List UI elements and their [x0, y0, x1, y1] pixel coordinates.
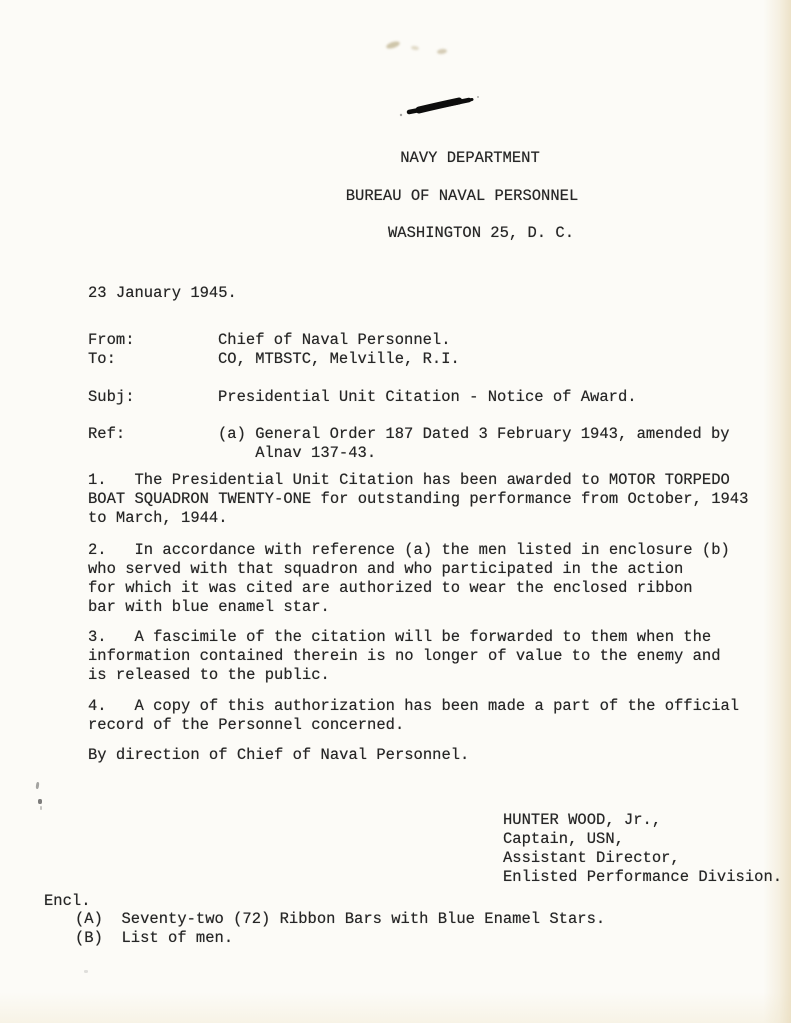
ink-speck-artifact: [84, 970, 88, 973]
paragraph-2: 2. In accordance with reference (a) the …: [88, 541, 730, 617]
to-label: To:: [88, 350, 218, 369]
paragraph-1: 1. The Presidential Unit Citation has be…: [88, 471, 748, 528]
letterhead-city: WASHINGTON 25, D. C.: [388, 224, 574, 243]
enclosure-list: (A) Seventy-two (72) Ribbon Bars with Bl…: [75, 910, 605, 948]
date-line: 23 January 1945.: [88, 284, 237, 303]
subject-value: Presidential Unit Citation - Notice of A…: [218, 388, 637, 407]
enclosure-label: Encl.: [44, 892, 91, 911]
from-label: From:: [88, 331, 218, 350]
ink-speck-artifact: [38, 799, 42, 804]
signature-division: Enlisted Performance Division.: [503, 868, 782, 887]
pencil-smudge-artifact: [411, 45, 420, 50]
paragraph-3: 3. A fascimile of the citation will be f…: [88, 628, 721, 685]
closing-line: By direction of Chief of Naval Personnel…: [88, 746, 469, 765]
signature-block: HUNTER WOOD, Jr., Captain, USN, Assistan…: [503, 811, 782, 887]
signature-name: HUNTER WOOD, Jr.,: [503, 811, 782, 830]
subject-row: Subj: Presidential Unit Citation - Notic…: [88, 388, 637, 407]
reference-label: Ref:: [88, 425, 218, 463]
scanned-letter-page: NAVY DEPARTMENT BUREAU OF NAVAL PERSONNE…: [0, 0, 791, 1023]
pencil-smudge-artifact: [385, 40, 400, 50]
signature-rank: Captain, USN,: [503, 830, 782, 849]
reference-row: Ref: (a) General Order 187 Dated 3 Febru…: [88, 425, 730, 463]
signature-title: Assistant Director,: [503, 849, 782, 868]
letterhead-department: NAVY DEPARTMENT: [400, 149, 540, 168]
paragraph-4: 4. A copy of this authorization has been…: [88, 697, 739, 735]
pencil-smudge-artifact: [437, 48, 448, 54]
subject-label: Subj:: [88, 388, 218, 407]
letterhead-bureau: BUREAU OF NAVAL PERSONNEL: [346, 187, 579, 206]
reference-value: (a) General Order 187 Dated 3 February 1…: [218, 425, 730, 463]
ink-pen-stroke-artifact: [395, 88, 495, 122]
ink-speck-artifact: [36, 782, 40, 789]
ink-speck-artifact: [40, 806, 42, 810]
to-value: CO, MTBSTC, Melville, R.I.: [218, 350, 460, 369]
enclosure-item-a: (A) Seventy-two (72) Ribbon Bars with Bl…: [75, 910, 605, 929]
enclosure-item-b: (B) List of men.: [75, 929, 605, 948]
to-row: To: CO, MTBSTC, Melville, R.I.: [88, 350, 460, 369]
from-value: Chief of Naval Personnel.: [218, 331, 451, 350]
from-row: From: Chief of Naval Personnel.: [88, 331, 451, 350]
